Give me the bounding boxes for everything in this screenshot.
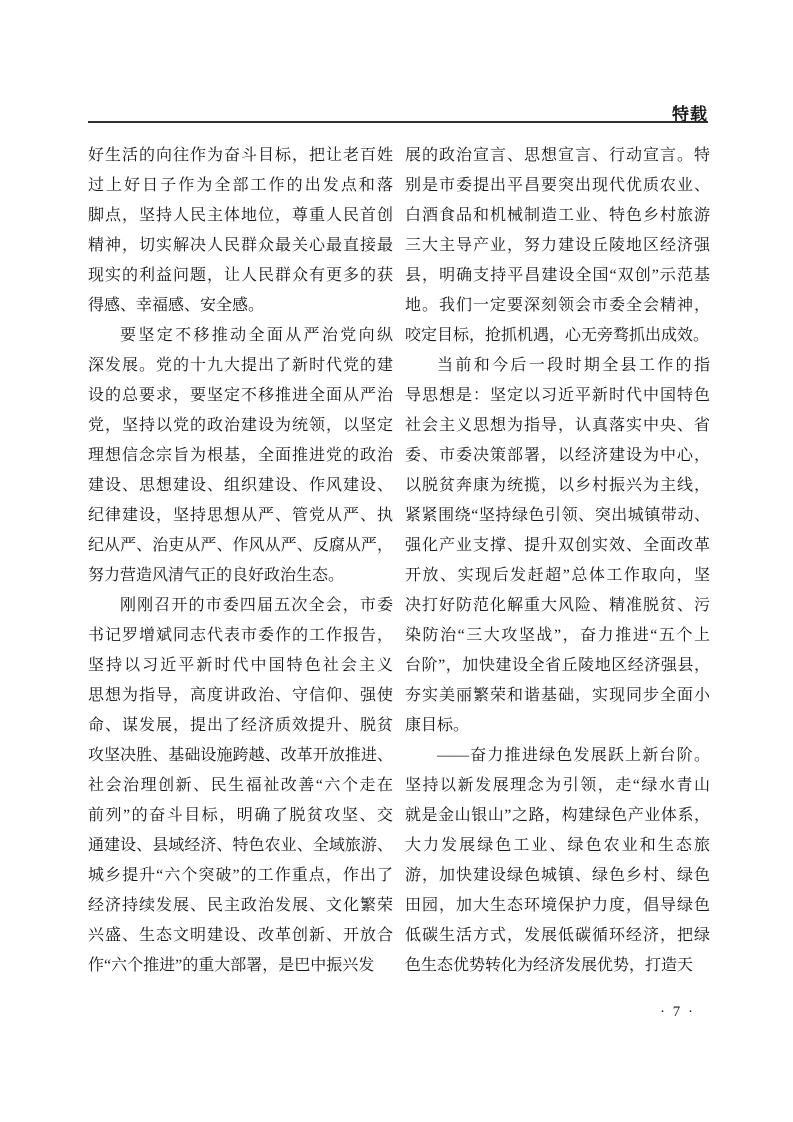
text-line: 努力营造风清气正的良好政治生态。 [88,561,393,591]
text-line: 色生态优势转化为经济发展优势，打造天 [405,951,710,981]
text-line: 纪从严、治吏从严、作风从严、反腐从严， [88,531,393,561]
paragraph: 好生活的向往作为奋斗目标，把让老百姓过上好日子作为全部工作的出发点和落脚点，坚持… [88,141,393,321]
text-line: 导思想是：坚定以习近平新时代中国特色 [405,381,710,411]
text-line: 地。我们一定要深刻领会市委全会精神， [405,291,710,321]
text-line: 深发展。党的十九大提出了新时代党的建 [88,351,393,381]
text-line: 脚点，坚持人民主体地位，尊重人民首创 [88,201,393,231]
text-line: 设的总要求，要坚定不移推进全面从严治 [88,381,393,411]
text-line: 染防治“三大攻坚战”，奋力推进“五个上 [405,621,710,651]
text-line: 好生活的向往作为奋斗目标，把让老百姓 [88,141,393,171]
text-line: 坚持以新发展理念为引领，走“绿水青山 [405,771,710,801]
text-line: 经济持续发展、民主政治发展、文化繁荣 [88,891,393,921]
text-line: 委、市委决策部署，以经济建设为中心， [405,441,710,471]
text-line: 三大主导产业，努力建设丘陵地区经济强 [405,231,710,261]
right-column: 展的政治宣言、思想宣言、行动宣言。特别是市委提出平昌要突出现代优质农业、白酒食品… [405,141,710,981]
text-line: 作“六个推进”的重大部署，是巴中振兴发 [88,951,393,981]
text-line: 社会主义思想为指导，认真落实中央、省 [405,411,710,441]
text-line: 就是金山银山”之路，构建绿色产业体系， [405,801,710,831]
text-line: 白酒食品和机械制造工业、特色乡村旅游 [405,201,710,231]
text-line: 社会治理创新、民生福祉改善“六个走在 [88,771,393,801]
paragraph: 展的政治宣言、思想宣言、行动宣言。特别是市委提出平昌要突出现代优质农业、白酒食品… [405,141,710,351]
text-line: 通建设、县域经济、特色农业、全域旅游、 [88,831,393,861]
text-line: 理想信念宗旨为根基，全面推进党的政治 [88,441,393,471]
text-line: 别是市委提出平昌要突出现代优质农业、 [405,171,710,201]
text-line: 攻坚决胜、基础设施跨越、改革开放推进、 [88,741,393,771]
text-line: 刚刚召开的市委四届五次全会，市委 [88,591,393,621]
text-line: 现实的利益问题，让人民群众有更多的获 [88,261,393,291]
text-line: 党，坚持以党的政治建设为统领，以坚定 [88,411,393,441]
paragraph: ——奋力推进绿色发展跃上新台阶。坚持以新发展理念为引领，走“绿水青山就是金山银山… [405,741,710,981]
header-rule [88,121,708,123]
text-line: 建设、思想建设、组织建设、作风建设、 [88,471,393,501]
text-line: 紧紧围绕“坚持绿色引领、突出城镇带动、 [405,501,710,531]
text-line: 当前和今后一段时期全县工作的指 [405,351,710,381]
text-line: 命、谋发展，提出了经济质效提升、脱贫 [88,711,393,741]
document-page: 特载 好生活的向往作为奋斗目标，把让老百姓过上好日子作为全部工作的出发点和落脚点… [0,0,793,1122]
document-body: 好生活的向往作为奋斗目标，把让老百姓过上好日子作为全部工作的出发点和落脚点，坚持… [88,141,710,981]
text-line: 田园，加大生态环境保护力度，倡导绿色 [405,891,710,921]
paragraph: 要坚定不移推动全面从严治党向纵深发展。党的十九大提出了新时代党的建设的总要求，要… [88,321,393,591]
text-line: 得感、幸福感、安全感。 [88,291,393,321]
text-line: 展的政治宣言、思想宣言、行动宣言。特 [405,141,710,171]
text-line: 城乡提升“六个突破”的工作重点，作出了 [88,861,393,891]
text-line: 咬定目标，抢抓机遇，心无旁骛抓出成效。 [405,321,710,351]
text-line: 以脱贫奔康为统揽，以乡村振兴为主线， [405,471,710,501]
text-line: ——奋力推进绿色发展跃上新台阶。 [405,741,710,771]
text-line: 精神，切实解决人民群众最关心最直接最 [88,231,393,261]
text-line: 大力发展绿色工业、绿色农业和生态旅 [405,831,710,861]
text-line: 决打好防范化解重大风险、精准脱贫、污 [405,591,710,621]
text-line: 过上好日子作为全部工作的出发点和落 [88,171,393,201]
text-line: 前列”的奋斗目标，明确了脱贫攻坚、交 [88,801,393,831]
text-line: 思想为指导，高度讲政治、守信仰、强使 [88,681,393,711]
text-line: 兴盛、生态文明建设、改革创新、开放合 [88,921,393,951]
text-line: 书记罗增斌同志代表市委作的工作报告， [88,621,393,651]
text-line: 夯实美丽繁荣和谐基础，实现同步全面小 [405,681,710,711]
text-line: 要坚定不移推动全面从严治党向纵 [88,321,393,351]
text-line: 县，明确支持平昌建设全国“双创”示范基 [405,261,710,291]
paragraph: 当前和今后一段时期全县工作的指导思想是：坚定以习近平新时代中国特色社会主义思想为… [405,351,710,741]
text-line: 低碳生活方式，发展低碳循环经济，把绿 [405,921,710,951]
text-line: 康目标。 [405,711,710,741]
text-line: 强化产业支撑、提升双创实效、全面改革 [405,531,710,561]
text-line: 游，加快建设绿色城镇、绿色乡村、绿色 [405,861,710,891]
text-line: 纪律建设，坚持思想从严、管党从严、执 [88,501,393,531]
page-number: · 7 · [660,1004,695,1021]
text-line: 开放、实现后发赶超”总体工作取向，坚 [405,561,710,591]
text-line: 坚持以习近平新时代中国特色社会主义 [88,651,393,681]
text-line: 台阶”，加快建设全省丘陵地区经济强县， [405,651,710,681]
paragraph: 刚刚召开的市委四届五次全会，市委书记罗增斌同志代表市委作的工作报告，坚持以习近平… [88,591,393,981]
left-column: 好生活的向往作为奋斗目标，把让老百姓过上好日子作为全部工作的出发点和落脚点，坚持… [88,141,393,981]
